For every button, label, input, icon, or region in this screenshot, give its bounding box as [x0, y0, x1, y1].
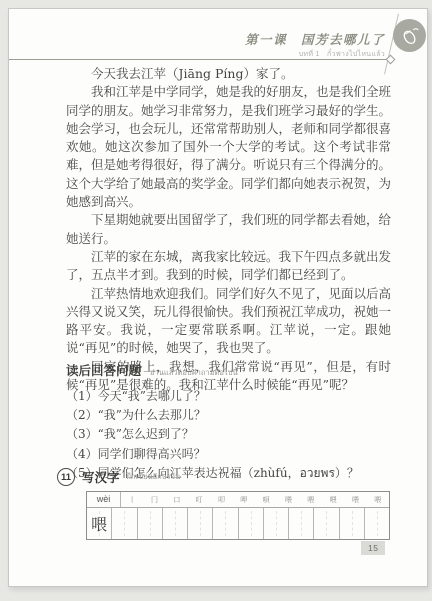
question-item: （2）“我”为什么去那儿？: [66, 406, 397, 425]
reading-passage: 今天我去江苹（Jiāng Píng）家了。 我和江苹是中学同学，她是我的好朋友，…: [66, 65, 391, 394]
passage-paragraph: 我和江苹是中学同学，她是我的好朋友，也是我们全班同学的朋友。她学习非常努力，是我…: [66, 83, 391, 211]
questions-section: 读后回答问题อ่านแล้วตอบคำถามต่อไปนี้ （1）今天“我”去…: [66, 361, 397, 483]
exercise-title-thai: ฝึกเขียนอักษรจีน: [127, 471, 181, 483]
page-number: 15: [361, 541, 385, 555]
pinyin-cell: wèi: [87, 492, 121, 507]
stroke-order-row: wèi 丨 冂 口 叮 叩 呷 唄: [87, 492, 389, 508]
computer-mouse-icon: [393, 19, 426, 52]
textbook-page: 第一课 国芳去哪儿了 บทที่ 1 กั๋วฟางไปไหนแล้ว 今天我去…: [8, 8, 428, 587]
practice-cell: [264, 508, 289, 539]
passage-paragraph: 今天我去江苹（Jiāng Píng）家了。: [66, 65, 391, 83]
practice-cell: 喂: [87, 508, 112, 539]
practice-cell: [138, 508, 163, 539]
exercise-title-zh: 写汉字: [82, 468, 120, 486]
practice-cell: [314, 508, 339, 539]
question-item: （3）“我”怎么迟到了？: [66, 425, 397, 444]
stroke-step-glyph: 冂: [151, 495, 158, 505]
scanned-textbook-canvas: 第一课 国芳去哪儿了 บทที่ 1 กั๋วฟางไปไหนแล้ว 今天我去…: [0, 0, 432, 601]
writing-exercise-heading: 11 写汉字 ฝึกเขียนอักษรจีน: [57, 468, 180, 486]
stroke-step-glyph: 叮: [196, 495, 203, 505]
stroke-step-glyph: 喂: [374, 495, 381, 505]
lesson-title: 第一课 国芳去哪儿了: [245, 30, 385, 48]
stroke-order-steps: 丨 冂 口 叮 叩 呷 唄 喂: [121, 495, 389, 505]
practice-cell: [112, 508, 137, 539]
stroke-step-glyph: 叩: [218, 495, 225, 505]
stroke-step-glyph: 喂: [330, 495, 337, 505]
practice-cell: [340, 508, 365, 539]
stroke-step-glyph: 喂: [352, 495, 359, 505]
passage-paragraph: 江苹的家在东城，离我家比较远。我下午四点多就出发了，五点半才到。我到的时候，同学…: [66, 248, 391, 285]
practice-cell: [289, 508, 314, 539]
stroke-step-glyph: 丨: [129, 495, 136, 505]
practice-cell: [239, 508, 264, 539]
passage-paragraph: 下星期她就要出国留学了，我们班的同学都去看她，给她送行。: [66, 211, 391, 248]
questions-heading-thai: อ่านแล้วตอบคำถามต่อไปนี้: [150, 368, 238, 377]
stroke-step-glyph: 呷: [240, 495, 247, 505]
practice-cell: [213, 508, 238, 539]
character-writing-grid: wèi 丨 冂 口 叮 叩 呷 唄: [86, 491, 390, 540]
practice-cells-row: 喂: [87, 508, 389, 539]
stroke-step-glyph: 喂: [307, 495, 314, 505]
practice-cell-character: 喂: [91, 512, 107, 535]
questions-heading-zh: 读后回答问题: [66, 363, 141, 378]
question-item: （4）同学们聊得高兴吗？: [66, 445, 397, 464]
practice-cell: [163, 508, 188, 539]
stroke-step-glyph: 唄: [263, 495, 270, 505]
questions-heading: 读后回答问题อ่านแล้วตอบคำถามต่อไปนี้: [66, 361, 397, 380]
exercise-number-badge: 11: [57, 468, 75, 486]
header-rule: [9, 59, 389, 60]
stroke-step-glyph: 喂: [285, 495, 292, 505]
stroke-step-glyph: 口: [173, 495, 180, 505]
question-item: （1）今天“我”去哪儿了？: [66, 387, 397, 406]
passage-paragraph: 江苹热情地欢迎我们。同学们好久不见了，见面以后高兴得又说又笑，玩儿得很愉快。我们…: [66, 285, 391, 358]
practice-cell: [365, 508, 389, 539]
practice-cell: [188, 508, 213, 539]
